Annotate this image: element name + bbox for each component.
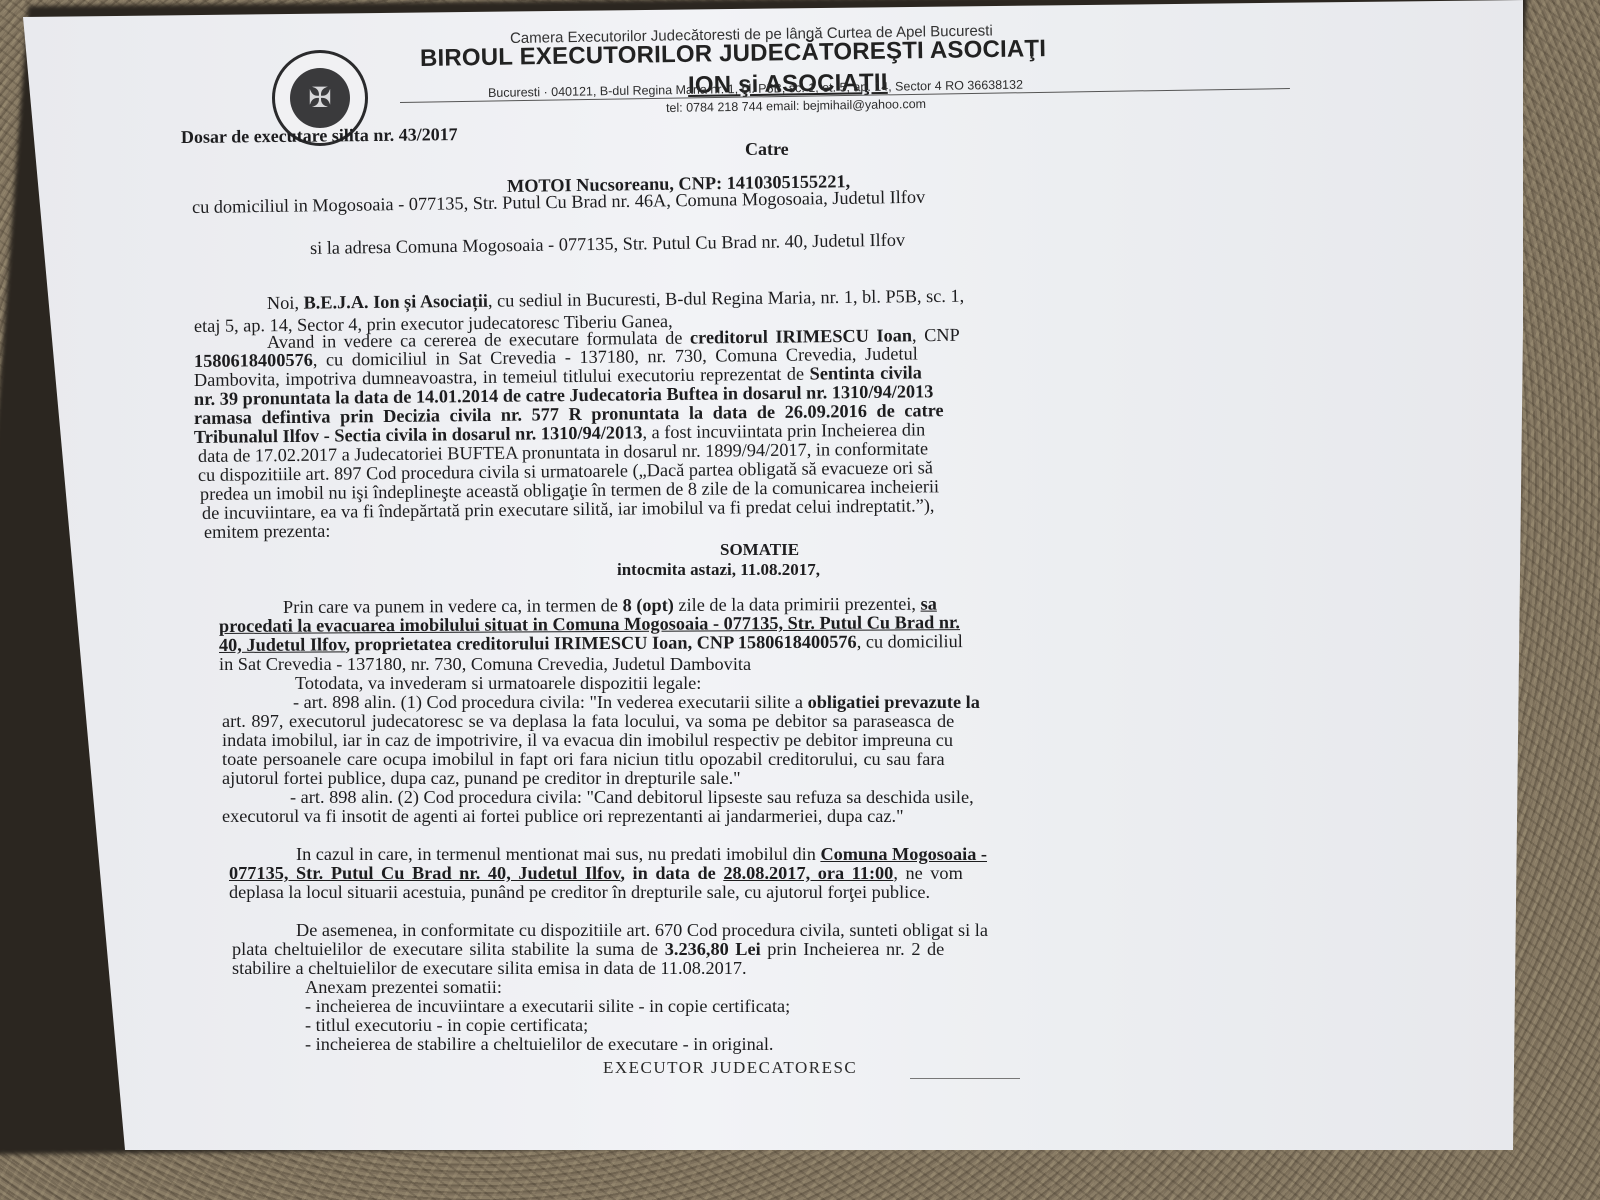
annex-item: - incheierea de incuviintare a executari… bbox=[305, 996, 790, 1017]
document: ✠ Camera Executorilor Judecătoresti de p… bbox=[0, 0, 1600, 1200]
recipient-to-label: Catre bbox=[745, 139, 789, 160]
legal-898-1-line-3: indata imobilul, iar in caz de impotrivi… bbox=[222, 730, 953, 751]
recipient-address-1: cu domiciliul in Mogosoaia - 077135, Str… bbox=[192, 187, 925, 218]
deadline-line-1: In cazul in care, in termenul mentionat … bbox=[296, 844, 987, 865]
costs-line-1: De asemenea, in conformitate cu dispozit… bbox=[296, 920, 988, 941]
recipient-address-2: si la adresa Comuna Mogosoaia - 077135, … bbox=[310, 230, 905, 259]
annex-item: - titlul executoriu - in copie certifica… bbox=[305, 1015, 588, 1036]
legal-898-1-line-1: - art. 898 alin. (1) Cod procedura civil… bbox=[293, 692, 980, 713]
intro-line-1: Noi, B.E.J.A. Ion și Asociații, cu sediu… bbox=[267, 286, 964, 314]
costs-line-2: plata cheltuielilor de executare silita … bbox=[232, 939, 944, 960]
legal-898-1-line-5: ajutorul fortei publice, dupa caz, punan… bbox=[222, 768, 741, 789]
office-contact: tel: 0784 218 744 email: bejmihail@yahoo… bbox=[666, 97, 926, 115]
costs-line-3: stabilire a cheltuielilor de executare s… bbox=[232, 958, 747, 979]
file-number: Dosar de executare silita nr. 43/2017 bbox=[181, 124, 458, 148]
annexes-heading: Anexam prezentei somatii: bbox=[305, 977, 502, 998]
intro-line-13: emitem prezenta: bbox=[204, 521, 331, 543]
signature-line bbox=[910, 1078, 1020, 1079]
legal-898-2-line-1: - art. 898 alin. (2) Cod procedura civil… bbox=[290, 787, 974, 808]
legal-898-2-line-2: executorul va fi insotit de agenti ai fo… bbox=[222, 806, 904, 827]
document-title: SOMATIE bbox=[720, 540, 799, 560]
summons-line-3: 40, Judetul Ilfov, proprietatea creditor… bbox=[219, 631, 963, 656]
legal-898-1-line-4: toate persoanele care ocupa imobilul in … bbox=[222, 749, 945, 770]
signature-title: EXECUTOR JUDECATORESC bbox=[603, 1058, 857, 1078]
deadline-line-2: 077135, Str. Putul Cu Brad nr. 40, Judet… bbox=[229, 863, 963, 884]
annex-item: - incheierea de stabilire a cheltuielilo… bbox=[305, 1034, 773, 1055]
coat-of-arms-icon: ✠ bbox=[290, 68, 350, 128]
document-date: intocmita astazi, 11.08.2017, bbox=[617, 560, 820, 580]
legal-898-1-line-2: art. 897, executorul judecatoresc se va … bbox=[222, 711, 954, 732]
deadline-line-3: deplasa la locul situarii acestuia, punâ… bbox=[229, 882, 930, 903]
summons-line-4: in Sat Crevedia - 137180, nr. 730, Comun… bbox=[219, 654, 751, 675]
costs-amount: 3.236,80 Lei bbox=[665, 939, 761, 959]
summons-line-5: Totodata, va invederam si urmatoarele di… bbox=[295, 673, 701, 694]
